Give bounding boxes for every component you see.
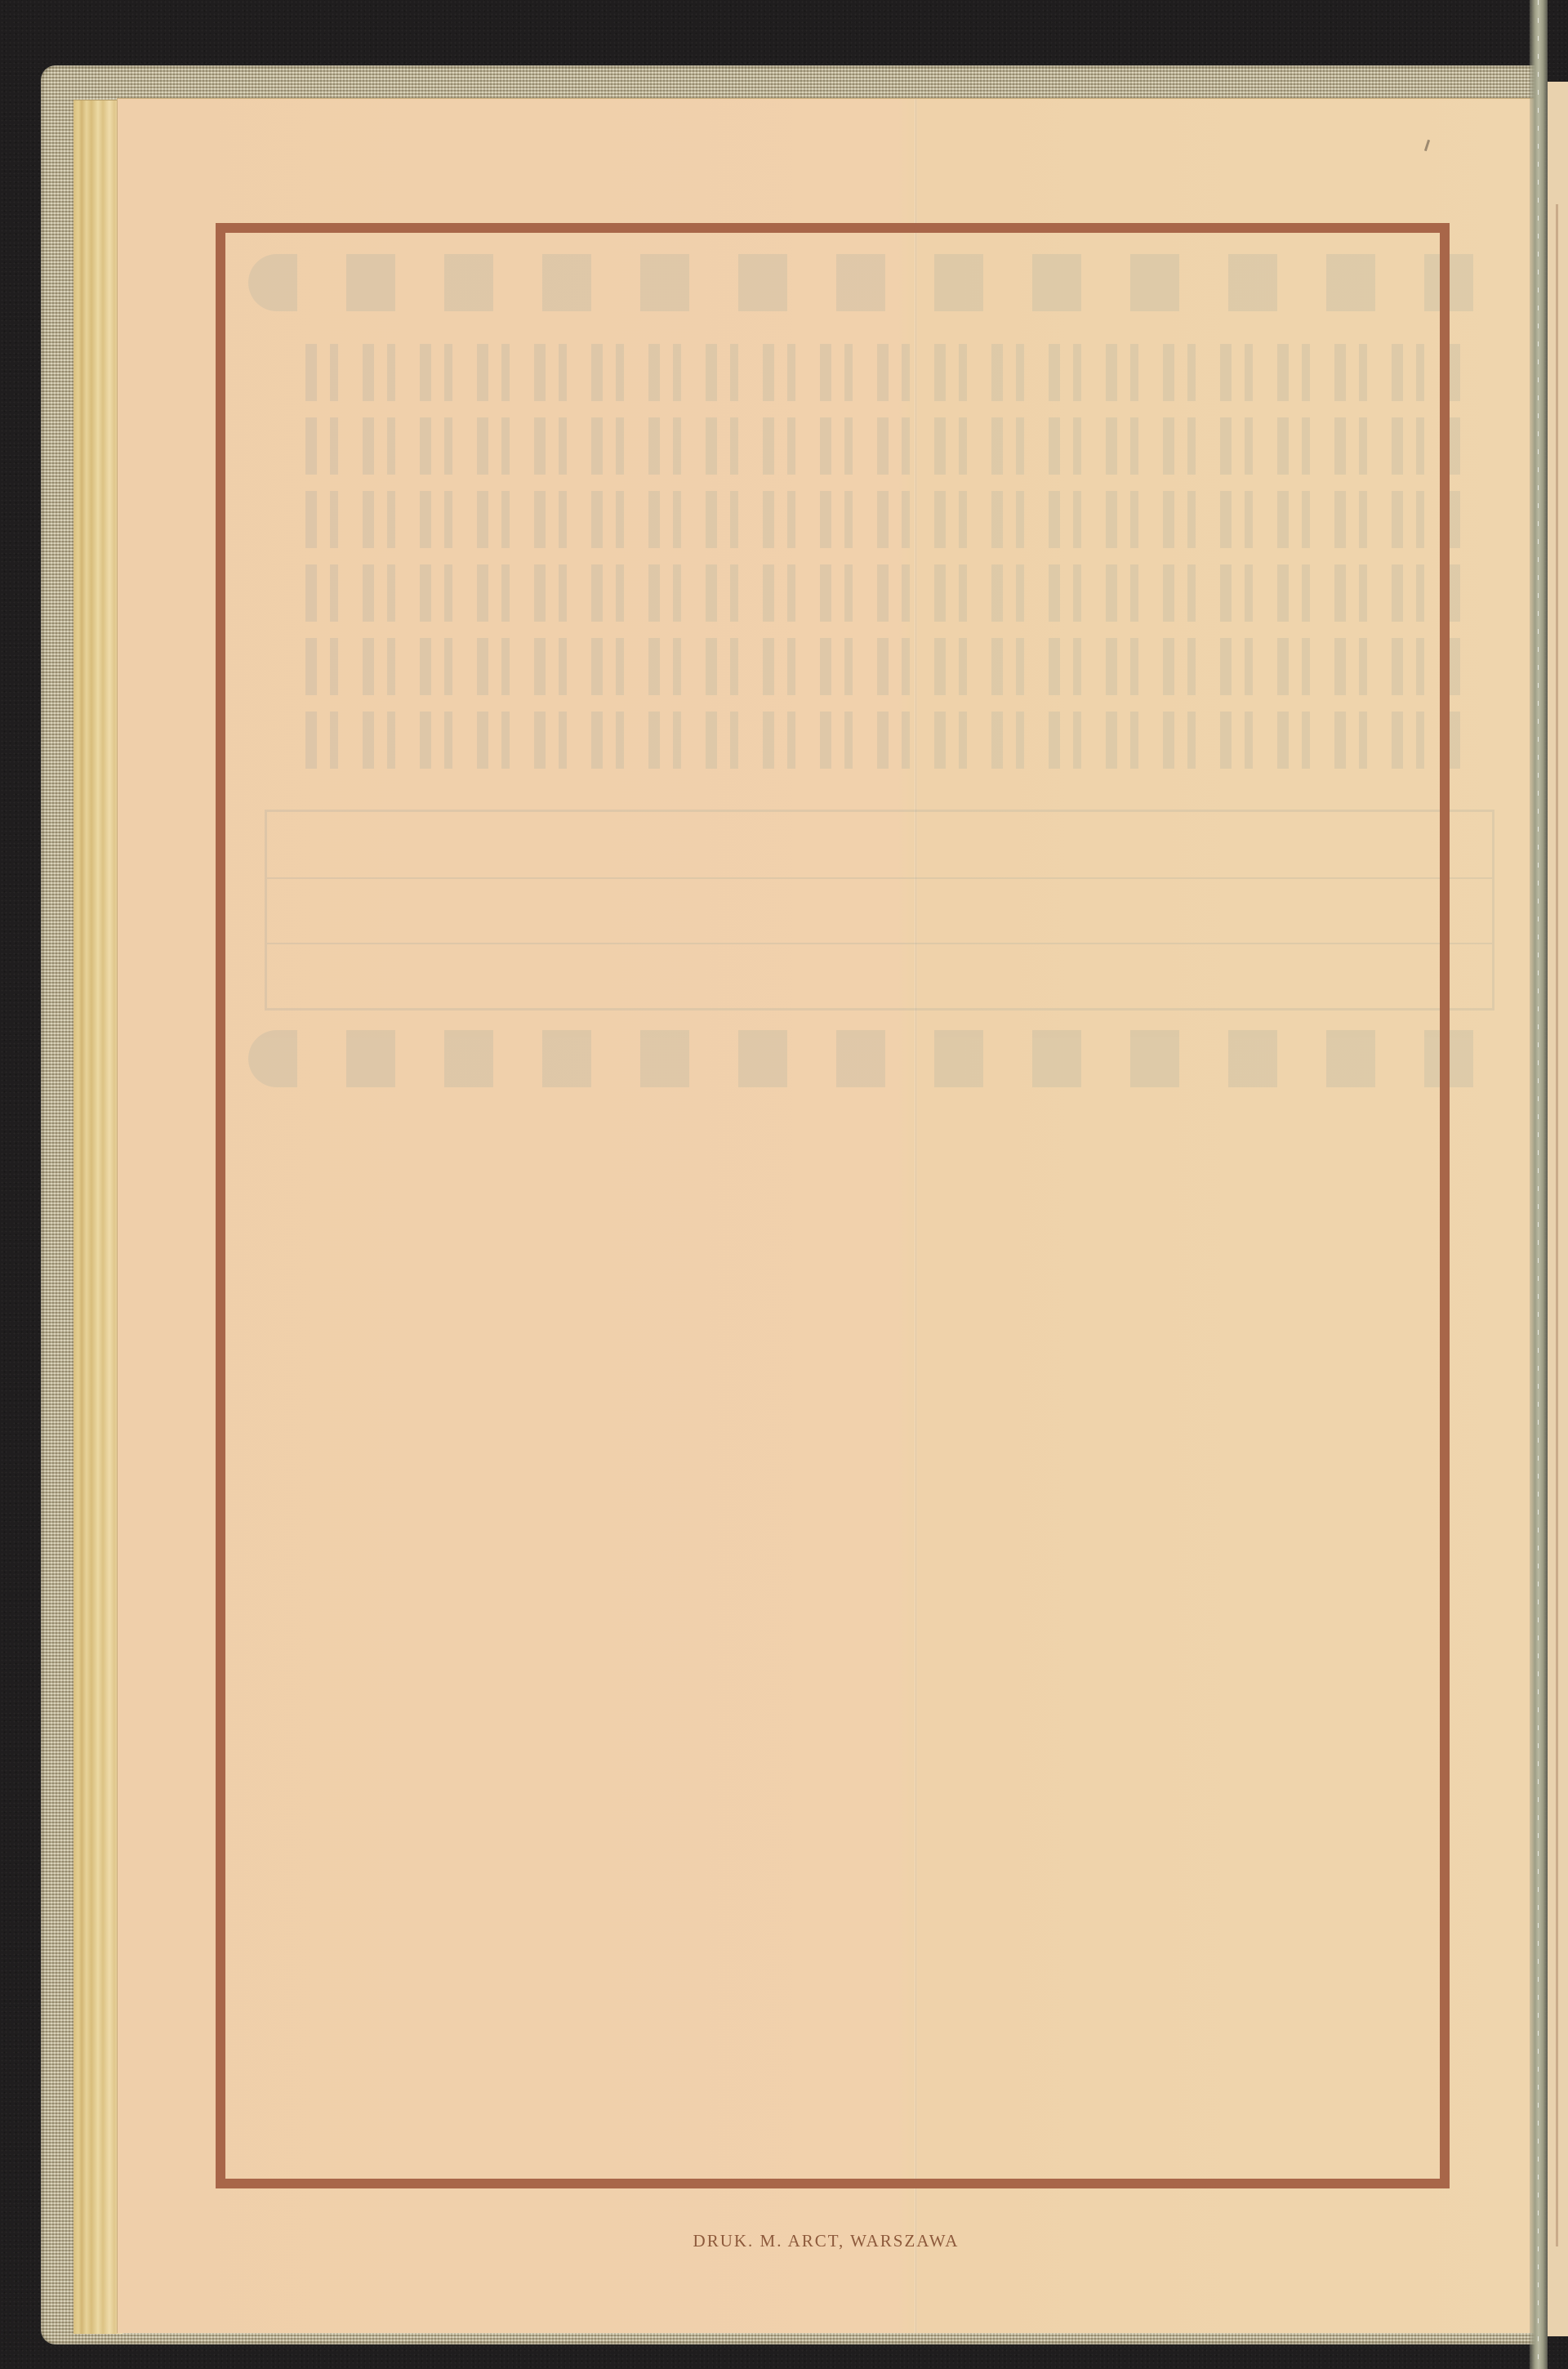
facing-page-edge: [1548, 82, 1568, 2336]
stacked-page-edges: [73, 100, 122, 2334]
book-page: DRUK. M. ARCT, WARSZAWA: [117, 98, 1535, 2333]
stray-pencil-mark: [1424, 140, 1430, 151]
decorative-frame-border: [216, 223, 1450, 2188]
printer-imprint: DRUK. M. ARCT, WARSZAWA: [118, 2231, 1535, 2251]
book-gutter: [1530, 0, 1548, 2369]
